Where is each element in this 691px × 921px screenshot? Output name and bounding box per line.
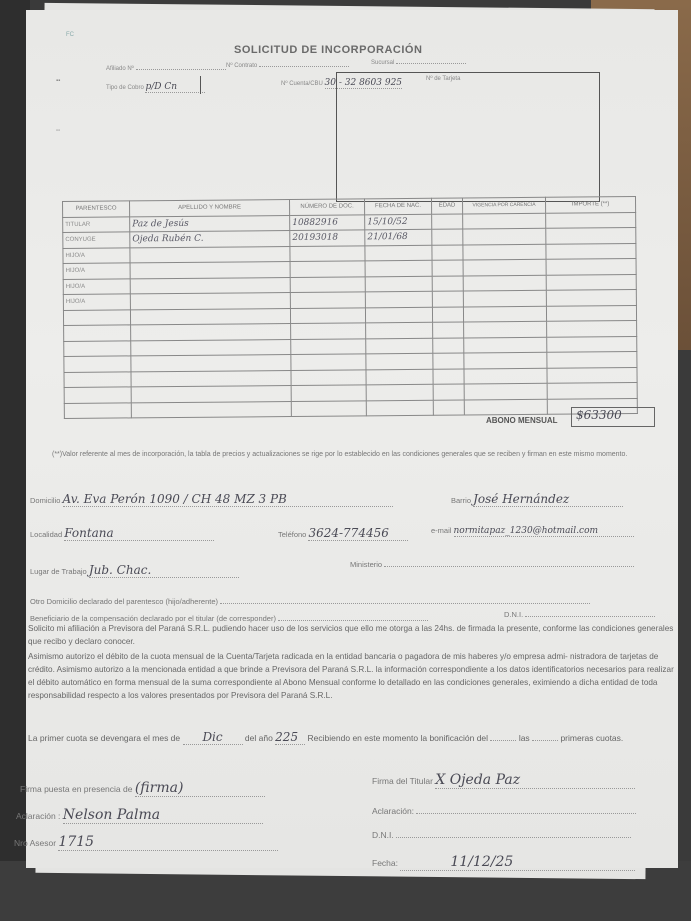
cell-doc[interactable]: 20193018	[290, 230, 365, 246]
contrato-field[interactable]: Nº Contrato	[226, 63, 349, 69]
cell-nombre[interactable]	[130, 293, 290, 310]
trabajo-field[interactable]: Lugar de Trabajo Jub. Chac.	[30, 563, 239, 578]
cell-importe[interactable]	[546, 227, 636, 243]
anio-field[interactable]: 225	[275, 730, 305, 745]
domicilio-field[interactable]: Domicilio Av. Eva Perón 1090 / CH 48 MZ …	[30, 492, 393, 507]
cell-parentesco	[64, 402, 131, 418]
cell-edad[interactable]	[432, 307, 463, 323]
divider	[200, 76, 201, 94]
family-table: PARENTESCO APELLIDO Y NOMBRE NÚMERO DE D…	[62, 196, 638, 419]
cell-doc[interactable]	[290, 261, 365, 277]
form-sheet: FC SOLICITUD DE INCORPORACIÓN ▪▪ ▫▫ Afil…	[26, 10, 678, 868]
fecha-field[interactable]: Fecha: 11/12/25	[372, 854, 635, 871]
abono-value: $63300	[576, 408, 622, 422]
las-field[interactable]	[532, 740, 558, 741]
afiliado-field[interactable]: Afiliado Nº	[106, 66, 226, 72]
cell-edad[interactable]	[433, 337, 464, 353]
cell-doc[interactable]	[290, 245, 365, 261]
mes-field[interactable]: Dic	[183, 730, 243, 745]
cell-doc[interactable]	[291, 354, 366, 370]
cell-nombre[interactable]: Ojeda Rubén C.	[130, 231, 290, 248]
cell-vigencia[interactable]	[463, 275, 546, 291]
email-field[interactable]: e-mail normitapaz_1230@hotmail.com	[431, 526, 634, 537]
titular-field[interactable]: Firma del Titular X Ojeda Paz	[372, 772, 635, 789]
cell-vigencia[interactable]	[464, 399, 547, 415]
cell-doc[interactable]	[291, 323, 366, 339]
photo-box	[336, 72, 600, 202]
cell-nombre[interactable]	[131, 386, 291, 403]
side-code: ▫▫	[56, 128, 60, 134]
form-title: SOLICITUD DE INCORPORACIÓN	[234, 44, 422, 56]
cell-parentesco	[64, 356, 131, 372]
cell-importe[interactable]	[546, 274, 636, 290]
cell-importe[interactable]	[547, 320, 637, 336]
cell-vigencia[interactable]	[464, 352, 547, 368]
cell-importe[interactable]	[547, 367, 637, 383]
cell-parentesco: HIJO/A	[63, 263, 130, 279]
cell-nombre[interactable]	[130, 262, 290, 279]
cell-edad[interactable]	[433, 353, 464, 369]
cell-nac[interactable]	[365, 276, 432, 292]
cell-doc[interactable]	[291, 400, 366, 416]
beneficiario-dni-field[interactable]: D.N.I.	[504, 610, 655, 619]
cell-nac[interactable]	[366, 400, 433, 416]
corner-code: FC	[66, 32, 74, 38]
cell-nac[interactable]	[366, 384, 433, 400]
cell-importe[interactable]	[546, 289, 636, 305]
cell-nac[interactable]	[366, 338, 433, 354]
cell-edad[interactable]	[432, 291, 463, 307]
cell-doc[interactable]	[291, 338, 366, 354]
cell-parentesco	[64, 371, 131, 387]
cell-doc[interactable]	[291, 385, 366, 401]
cell-parentesco: HIJO/A	[63, 278, 130, 294]
cell-edad[interactable]	[432, 214, 463, 230]
cell-nombre[interactable]	[130, 277, 290, 294]
cell-importe[interactable]	[547, 336, 637, 352]
cell-nac[interactable]	[365, 291, 432, 307]
cell-nombre[interactable]	[131, 324, 291, 341]
cell-vigencia[interactable]	[463, 213, 546, 229]
cell-nombre[interactable]	[131, 401, 291, 418]
cell-nombre[interactable]	[131, 339, 291, 356]
cell-vigencia[interactable]	[463, 244, 546, 260]
cell-nac[interactable]	[365, 245, 432, 261]
cell-nac[interactable]: 15/10/52	[365, 214, 432, 230]
aclaracion-left-field[interactable]: Aclaración : Nelson Palma	[16, 807, 263, 824]
cell-nombre[interactable]	[130, 308, 290, 325]
cell-vigencia[interactable]	[463, 290, 546, 306]
cell-parentesco: CONYUGE	[63, 232, 130, 248]
sucursal-field[interactable]: Sucursal	[371, 60, 466, 66]
telefono-field[interactable]: Teléfono 3624-774456	[278, 526, 408, 541]
cell-importe[interactable]	[546, 258, 636, 274]
cell-vigencia[interactable]	[464, 337, 547, 353]
cell-doc[interactable]	[290, 292, 365, 308]
cell-parentesco	[64, 387, 131, 403]
cell-nac[interactable]	[366, 322, 433, 338]
col-vigencia: VIGENCIA POR CARENCIA	[462, 197, 545, 213]
bonificacion-field[interactable]	[490, 740, 516, 741]
cell-parentesco	[63, 309, 130, 325]
titular-dni-field[interactable]: D.N.I.	[372, 830, 631, 840]
cell-importe[interactable]	[546, 243, 636, 259]
localidad-field[interactable]: Localidad Fontana	[30, 526, 214, 541]
cell-nac[interactable]: 21/01/68	[365, 229, 432, 245]
affiliation-paragraph: Solicito mi afiliación a Previsora del P…	[28, 622, 678, 648]
aclaracion-right-field[interactable]: Aclaración:	[372, 806, 636, 816]
cell-importe[interactable]	[546, 305, 636, 321]
col-parentesco: PARENTESCO	[63, 201, 130, 217]
price-note: (**)Valor referente al mes de incorporac…	[52, 450, 682, 460]
cell-importe[interactable]	[546, 212, 636, 228]
cell-importe[interactable]	[547, 351, 637, 367]
cell-vigencia[interactable]	[463, 306, 546, 322]
col-edad: EDAD	[431, 198, 462, 214]
cuota-line: La primer cuota se devengara el mes de D…	[28, 730, 623, 745]
cell-vigencia[interactable]	[464, 383, 547, 399]
cell-doc[interactable]	[291, 369, 366, 385]
cell-nac[interactable]	[366, 369, 433, 385]
cell-nac[interactable]	[365, 307, 432, 323]
cell-importe[interactable]	[547, 382, 637, 398]
cell-nombre[interactable]	[131, 355, 291, 372]
cell-edad[interactable]	[433, 384, 464, 400]
presencia-field[interactable]: Firma puesta en presencia de (firma)	[20, 780, 265, 797]
cell-vigencia[interactable]	[464, 321, 547, 337]
cell-doc[interactable]: 10882916	[290, 214, 365, 230]
cell-parentesco	[64, 340, 131, 356]
cell-edad[interactable]	[432, 260, 463, 276]
cell-edad[interactable]	[433, 368, 464, 384]
cell-vigencia[interactable]	[464, 368, 547, 384]
col-nombre: APELLIDO Y NOMBRE	[130, 200, 290, 217]
cell-parentesco: HIJO/A	[63, 294, 130, 310]
cell-nombre[interactable]	[131, 370, 291, 387]
col-nac: FECHA DE NAC.	[364, 198, 431, 214]
cell-edad[interactable]	[432, 276, 463, 292]
cell-nombre[interactable]: Paz de Jesús	[130, 215, 290, 232]
side-code: ▪▪	[56, 78, 60, 84]
cell-nac[interactable]	[365, 260, 432, 276]
cell-parentesco	[64, 325, 131, 341]
cell-edad[interactable]	[432, 229, 463, 245]
asesor-field[interactable]: Nro Asesor 1715	[14, 834, 278, 851]
cell-vigencia[interactable]	[463, 259, 546, 275]
cell-parentesco: TITULAR	[63, 216, 130, 232]
otro-domicilio-field[interactable]: Otro Domicilio declarado del parentesco …	[30, 597, 590, 606]
tipo-cobro-field[interactable]: Tipo de Cobro p/D Cn	[106, 82, 205, 93]
cell-nac[interactable]	[366, 353, 433, 369]
cell-edad[interactable]	[433, 322, 464, 338]
cell-doc[interactable]	[290, 276, 365, 292]
cell-parentesco: HIJO/A	[63, 247, 130, 263]
debit-paragraph: Asimismo autorizo el débito de la cuota …	[28, 650, 678, 702]
col-importe: IMPORTE (**)	[545, 196, 635, 212]
cell-doc[interactable]	[290, 307, 365, 323]
barrio-field[interactable]: Barrio José Hernández	[451, 492, 623, 507]
ministerio-field[interactable]: Ministerio	[350, 560, 634, 569]
cell-vigencia[interactable]	[463, 228, 546, 244]
col-doc: NÚMERO DE DOC.	[289, 199, 364, 215]
cell-edad[interactable]	[432, 245, 463, 261]
cell-nombre[interactable]	[130, 246, 290, 263]
abono-label: ABONO MENSUAL	[486, 416, 558, 425]
cell-edad[interactable]	[433, 399, 464, 415]
